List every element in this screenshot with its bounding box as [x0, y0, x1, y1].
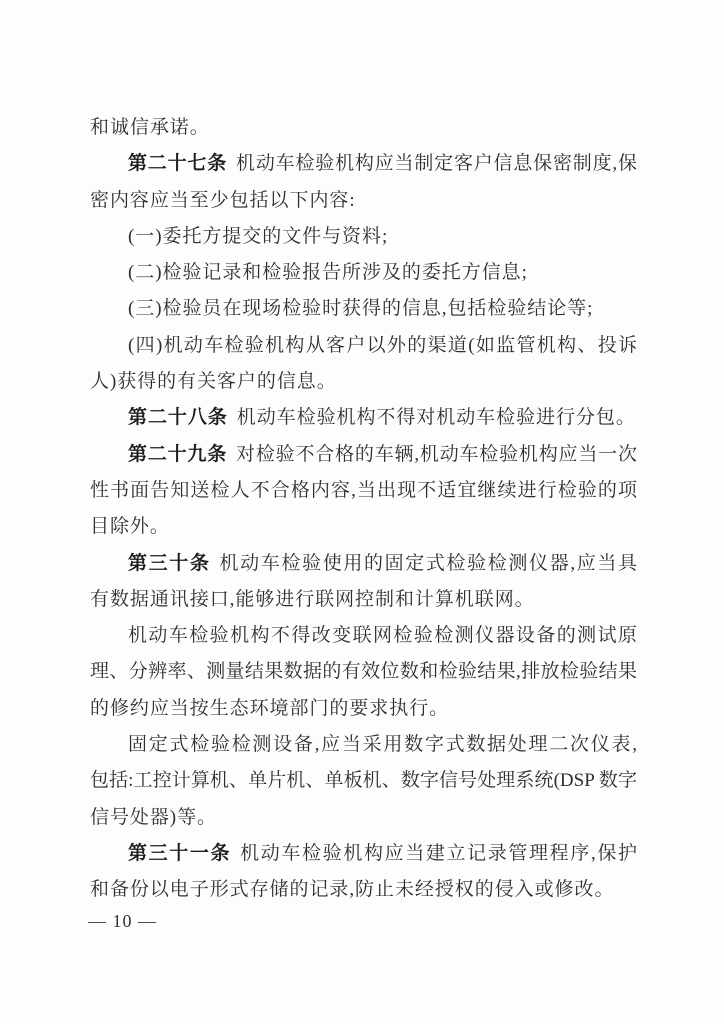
text-line: 性书面告知送检人不合格内容,当出现不适宜继续进行检验的项 [90, 473, 637, 509]
text-line: 包括:工控计算机、单片机、单板机、数字信号处理系统(DSP 数字 [90, 763, 637, 799]
text-line: (一)委托方提交的文件与资料; [90, 219, 637, 255]
text-line: 机动车检验机构不得改变联网检验检测仪器设备的测试原 [90, 618, 637, 654]
text-line: 的修约应当按生态环境部门的要求执行。 [90, 691, 637, 727]
text-line: 有数据通讯接口,能够进行联网控制和计算机联网。 [90, 582, 637, 618]
text-segment: 机动车检验使用的固定式检验检测仪器,应当具 [220, 553, 637, 574]
document-page: 和诚信承诺。第二十七条机动车检验机构应当制定客户信息保密制度,保密内容应当至少包… [0, 0, 724, 1024]
article-number: 第二十九条 [128, 444, 227, 465]
text-line: 固定式检验检测设备,应当采用数字式数据处理二次仪表, [90, 727, 637, 763]
text-segment: 信号处器)等。 [90, 807, 217, 828]
text-line: 和诚信承诺。 [90, 110, 637, 146]
text-segment: 固定式检验检测设备,应当采用数字式数据处理二次仪表, [128, 734, 637, 755]
article-number: 第三十条 [128, 553, 211, 574]
text-line: 目除外。 [90, 509, 637, 545]
article-number: 第三十一条 [128, 843, 231, 864]
text-line: 密内容应当至少包括以下内容: [90, 183, 637, 219]
article-number: 第二十七条 [128, 153, 227, 174]
text-line: 和备份以电子形式存储的记录,防止未经授权的侵入或修改。 [90, 872, 637, 908]
text-segment: 人)获得的有关客户的信息。 [90, 371, 337, 392]
page-number: — 10 — [88, 908, 157, 934]
text-segment: 的修约应当按生态环境部门的要求执行。 [90, 698, 449, 719]
text-segment: 理、分辨率、测量结果数据的有效位数和检验结果,排放检验结果 [90, 661, 637, 682]
text-segment: 和备份以电子形式存储的记录,防止未经授权的侵入或修改。 [90, 879, 614, 900]
text-segment: (二)检验记录和检验报告所涉及的委托方信息; [128, 262, 528, 283]
text-segment: 机动车检验机构不得对机动车检验进行分包。 [237, 407, 636, 428]
text-line: (三)检验员在现场检验时获得的信息,包括检验结论等; [90, 291, 637, 327]
text-segment: 目除外。 [90, 516, 170, 537]
text-line: 第二十八条机动车检验机构不得对机动车检验进行分包。 [90, 400, 637, 436]
text-line: 第二十九条对检验不合格的车辆,机动车检验机构应当一次 [90, 437, 637, 473]
text-segment: 机动车检验机构应当制定客户信息保密制度,保 [236, 153, 637, 174]
text-line: 理、分辨率、测量结果数据的有效位数和检验结果,排放检验结果 [90, 654, 637, 690]
text-segment: 包括:工控计算机、单片机、单板机、数字信号处理系统(DSP 数字 [90, 770, 637, 791]
text-segment: 有数据通讯接口,能够进行联网控制和计算机联网。 [90, 589, 535, 610]
document-body: 和诚信承诺。第二十七条机动车检验机构应当制定客户信息保密制度,保密内容应当至少包… [90, 110, 637, 909]
text-segment: (一)委托方提交的文件与资料; [128, 226, 388, 247]
text-line: 第二十七条机动车检验机构应当制定客户信息保密制度,保 [90, 146, 637, 182]
text-segment: 性书面告知送检人不合格内容,当出现不适宜继续进行检验的项 [90, 480, 637, 501]
text-line: 人)获得的有关客户的信息。 [90, 364, 637, 400]
text-line: 第三十条机动车检验使用的固定式检验检测仪器,应当具 [90, 546, 637, 582]
text-segment: (三)检验员在现场检验时获得的信息,包括检验结论等; [128, 298, 593, 319]
text-segment: 机动车检验机构不得改变联网检验检测仪器设备的测试原 [128, 625, 637, 646]
text-segment: (四)机动车检验机构从客户以外的渠道(如监管机构、投诉 [128, 335, 637, 356]
text-line: 第三十一条机动车检验机构应当建立记录管理程序,保护 [90, 836, 637, 872]
text-line: 信号处器)等。 [90, 800, 637, 836]
text-segment: 机动车检验机构应当建立记录管理程序,保护 [240, 843, 637, 864]
text-line: (二)检验记录和检验报告所涉及的委托方信息; [90, 255, 637, 291]
text-segment: 密内容应当至少包括以下内容: [90, 190, 356, 211]
article-number: 第二十八条 [128, 407, 228, 428]
text-segment: 对检验不合格的车辆,机动车检验机构应当一次 [236, 444, 637, 465]
text-line: (四)机动车检验机构从客户以外的渠道(如监管机构、投诉 [90, 328, 637, 364]
text-segment: 和诚信承诺。 [90, 117, 210, 138]
